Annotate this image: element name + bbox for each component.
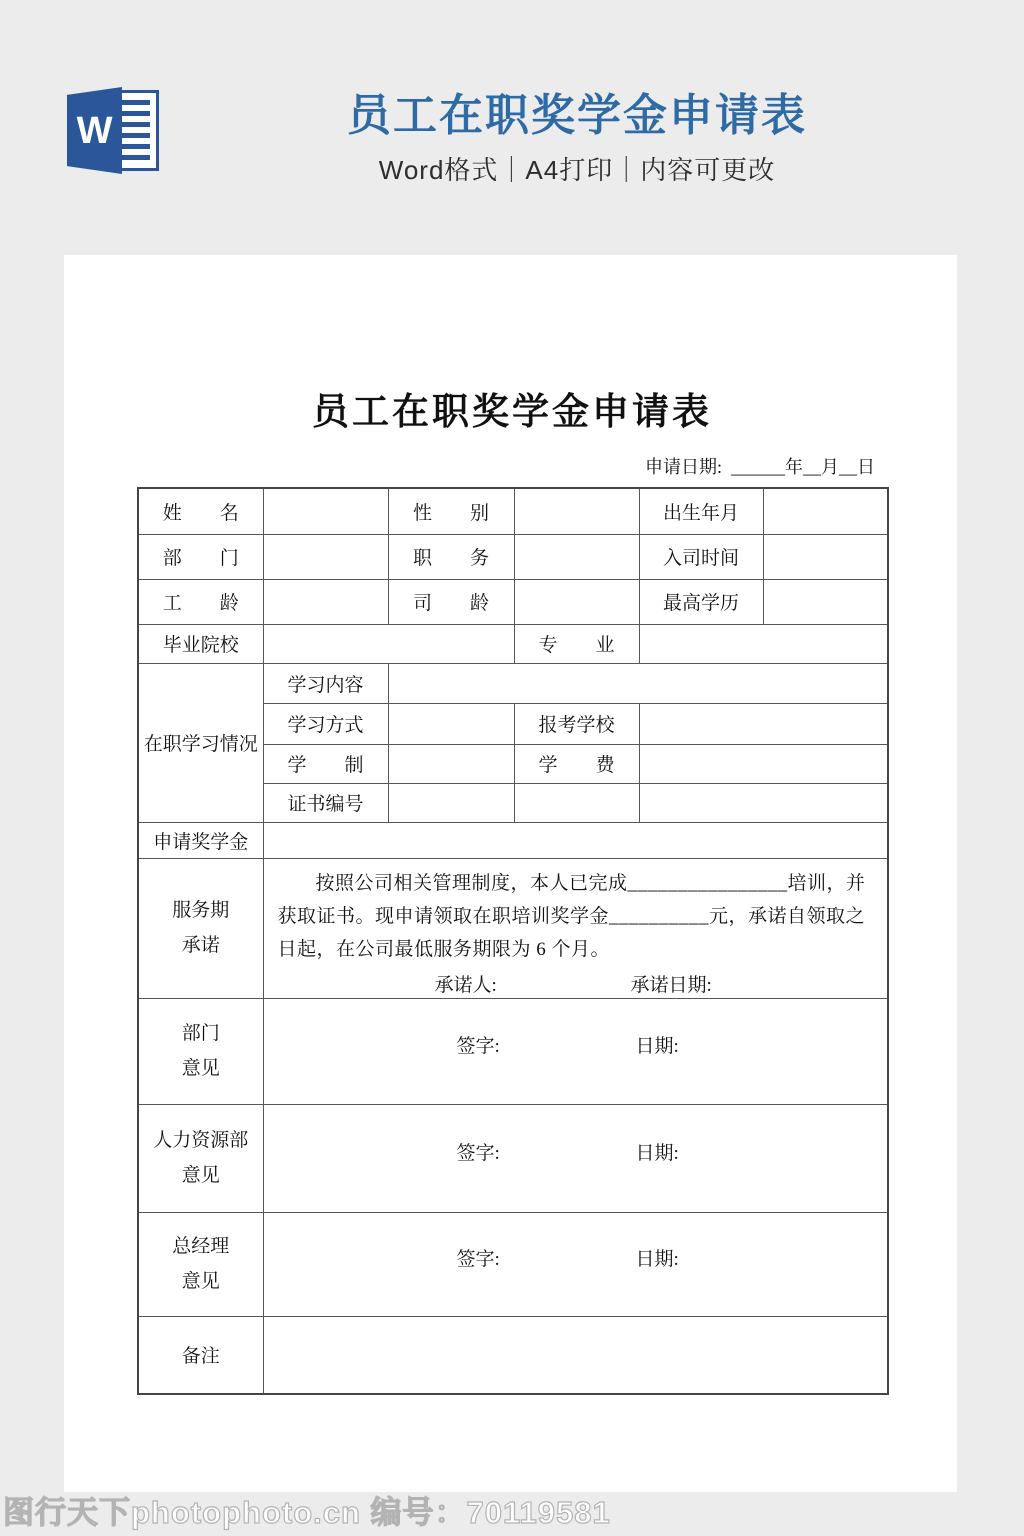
date-label: 日期: <box>636 1249 679 1270</box>
join-time-value <box>763 534 888 579</box>
header-text-block: 员工在职奖学金申请表 Word格式｜A4打印｜内容可更改 <box>170 90 984 187</box>
cert-no-label: 证书编号 <box>263 783 388 822</box>
apply-school-label: 报考学校 <box>514 703 639 744</box>
remark-value <box>263 1316 888 1394</box>
gm-opinion-label-line1: 总经理 <box>139 1229 263 1264</box>
table-row: 服务期 承诺 按照公司相关管理制度，本人已完成________________培… <box>138 858 888 998</box>
birth-value <box>763 488 888 534</box>
study-content-label: 学习内容 <box>263 663 388 703</box>
service-promise-label-line1: 服务期 <box>139 893 263 928</box>
company-years-label: 司 龄 <box>388 579 514 624</box>
remark-label: 备注 <box>138 1316 263 1394</box>
sign-label: 签字: <box>457 1143 500 1164</box>
table-row: 姓 名 性 别 出生年月 <box>138 488 888 534</box>
cert-no-value <box>388 783 514 822</box>
form-title: 员工在职奖学金申请表 <box>137 381 887 435</box>
dept-opinion-label-line2: 意见 <box>139 1051 263 1086</box>
scholarship-label: 申请奖学金 <box>138 822 263 858</box>
promise-paragraph: 按照公司相关管理制度，本人已完成________________培训，并获取证书… <box>278 867 876 966</box>
word-icon-letter: W <box>77 112 113 150</box>
table-row: 部门 意见 签字: 日期: <box>138 998 888 1104</box>
dept-opinion-content: 签字: 日期: <box>263 998 888 1104</box>
company-years-value <box>514 579 639 624</box>
template-subtitle: Word格式｜A4打印｜内容可更改 <box>170 150 984 187</box>
hr-opinion-label-line1: 人力资源部 <box>139 1123 263 1158</box>
signature-line: 签字: 日期: <box>264 1138 888 1179</box>
date-label: 日期: <box>636 1143 679 1164</box>
position-value <box>514 534 639 579</box>
application-date-line: 申请日期: ______年__月__日 <box>137 453 875 479</box>
join-time-label: 入司时间 <box>639 534 763 579</box>
service-promise-label: 服务期 承诺 <box>138 858 263 998</box>
hr-opinion-content: 签字: 日期: <box>263 1104 888 1212</box>
study-section-label: 在职学习情况 <box>138 663 263 822</box>
promise-sign-line: 承诺人: 承诺日期: <box>264 970 888 997</box>
name-label: 姓 名 <box>138 488 263 534</box>
major-label: 专 业 <box>514 624 639 663</box>
position-label: 职 务 <box>388 534 514 579</box>
sign-label: 签字: <box>457 1036 500 1057</box>
dept-opinion-label-line1: 部门 <box>139 1016 263 1051</box>
name-value <box>263 488 388 534</box>
gender-label: 性 别 <box>388 488 514 534</box>
table-row: 工 龄 司 龄 最高学历 <box>138 579 888 624</box>
signature-line: 签字: 日期: <box>264 1031 888 1072</box>
page-root: { "header": { "word_icon": { "letter": "… <box>0 0 1024 1536</box>
study-content-value <box>388 663 888 703</box>
hr-opinion-label: 人力资源部 意见 <box>138 1104 263 1212</box>
empty-cell <box>639 783 888 822</box>
school-label: 毕业院校 <box>138 624 263 663</box>
table-row: 备注 <box>138 1316 888 1394</box>
study-method-label: 学习方式 <box>263 703 388 744</box>
education-value <box>763 579 888 624</box>
document-page: 员工在职奖学金申请表 申请日期: ______年__月__日 姓 名 性 别 出… <box>64 255 957 1492</box>
fee-label: 学 费 <box>514 744 639 783</box>
service-promise-content: 按照公司相关管理制度，本人已完成________________培训，并获取证书… <box>263 858 888 998</box>
table-row: 部 门 职 务 入司时间 <box>138 534 888 579</box>
gender-value <box>514 488 639 534</box>
empty-cell <box>514 783 639 822</box>
dept-opinion-label: 部门 意见 <box>138 998 263 1104</box>
work-years-label: 工 龄 <box>138 579 263 624</box>
application-form-table: 姓 名 性 别 出生年月 部 门 职 务 入司时间 工 龄 司 龄 <box>137 487 889 1395</box>
birth-label: 出生年月 <box>639 488 763 534</box>
sign-label: 签字: <box>457 1249 500 1270</box>
table-row: 在职学习情况 学习内容 <box>138 663 888 703</box>
duration-label: 学 制 <box>263 744 388 783</box>
template-title: 员工在职奖学金申请表 <box>170 90 984 142</box>
duration-value <box>388 744 514 783</box>
gm-opinion-label: 总经理 意见 <box>138 1212 263 1316</box>
word-icon-cover: W <box>67 87 122 174</box>
table-row: 人力资源部 意见 签字: 日期: <box>138 1104 888 1212</box>
hr-opinion-label-line2: 意见 <box>139 1158 263 1193</box>
table-row: 总经理 意见 签字: 日期: <box>138 1212 888 1316</box>
table-row: 申请奖学金 <box>138 822 888 858</box>
dept-value <box>263 534 388 579</box>
site-header: W 员工在职奖学金申请表 Word格式｜A4打印｜内容可更改 <box>0 0 1024 255</box>
date-label: 日期: <box>636 1036 679 1057</box>
apply-school-value <box>639 703 888 744</box>
promise-date-label: 承诺日期: <box>631 975 712 996</box>
service-promise-label-line2: 承诺 <box>139 928 263 963</box>
major-value <box>639 624 888 663</box>
word-icon: W <box>63 87 161 174</box>
work-years-value <box>263 579 388 624</box>
signature-line: 签字: 日期: <box>264 1244 888 1285</box>
study-method-value <box>388 703 514 744</box>
fee-value <box>639 744 888 783</box>
gm-opinion-label-line2: 意见 <box>139 1264 263 1299</box>
school-value <box>263 624 514 663</box>
promiser-label: 承诺人: <box>435 975 497 996</box>
dept-label: 部 门 <box>138 534 263 579</box>
education-label: 最高学历 <box>639 579 763 624</box>
scholarship-value <box>263 822 888 858</box>
site-watermark: 图行天下photophoto.cn 编号：70119581 <box>3 1487 611 1532</box>
table-row: 毕业院校 专 业 <box>138 624 888 663</box>
gm-opinion-content: 签字: 日期: <box>263 1212 888 1316</box>
